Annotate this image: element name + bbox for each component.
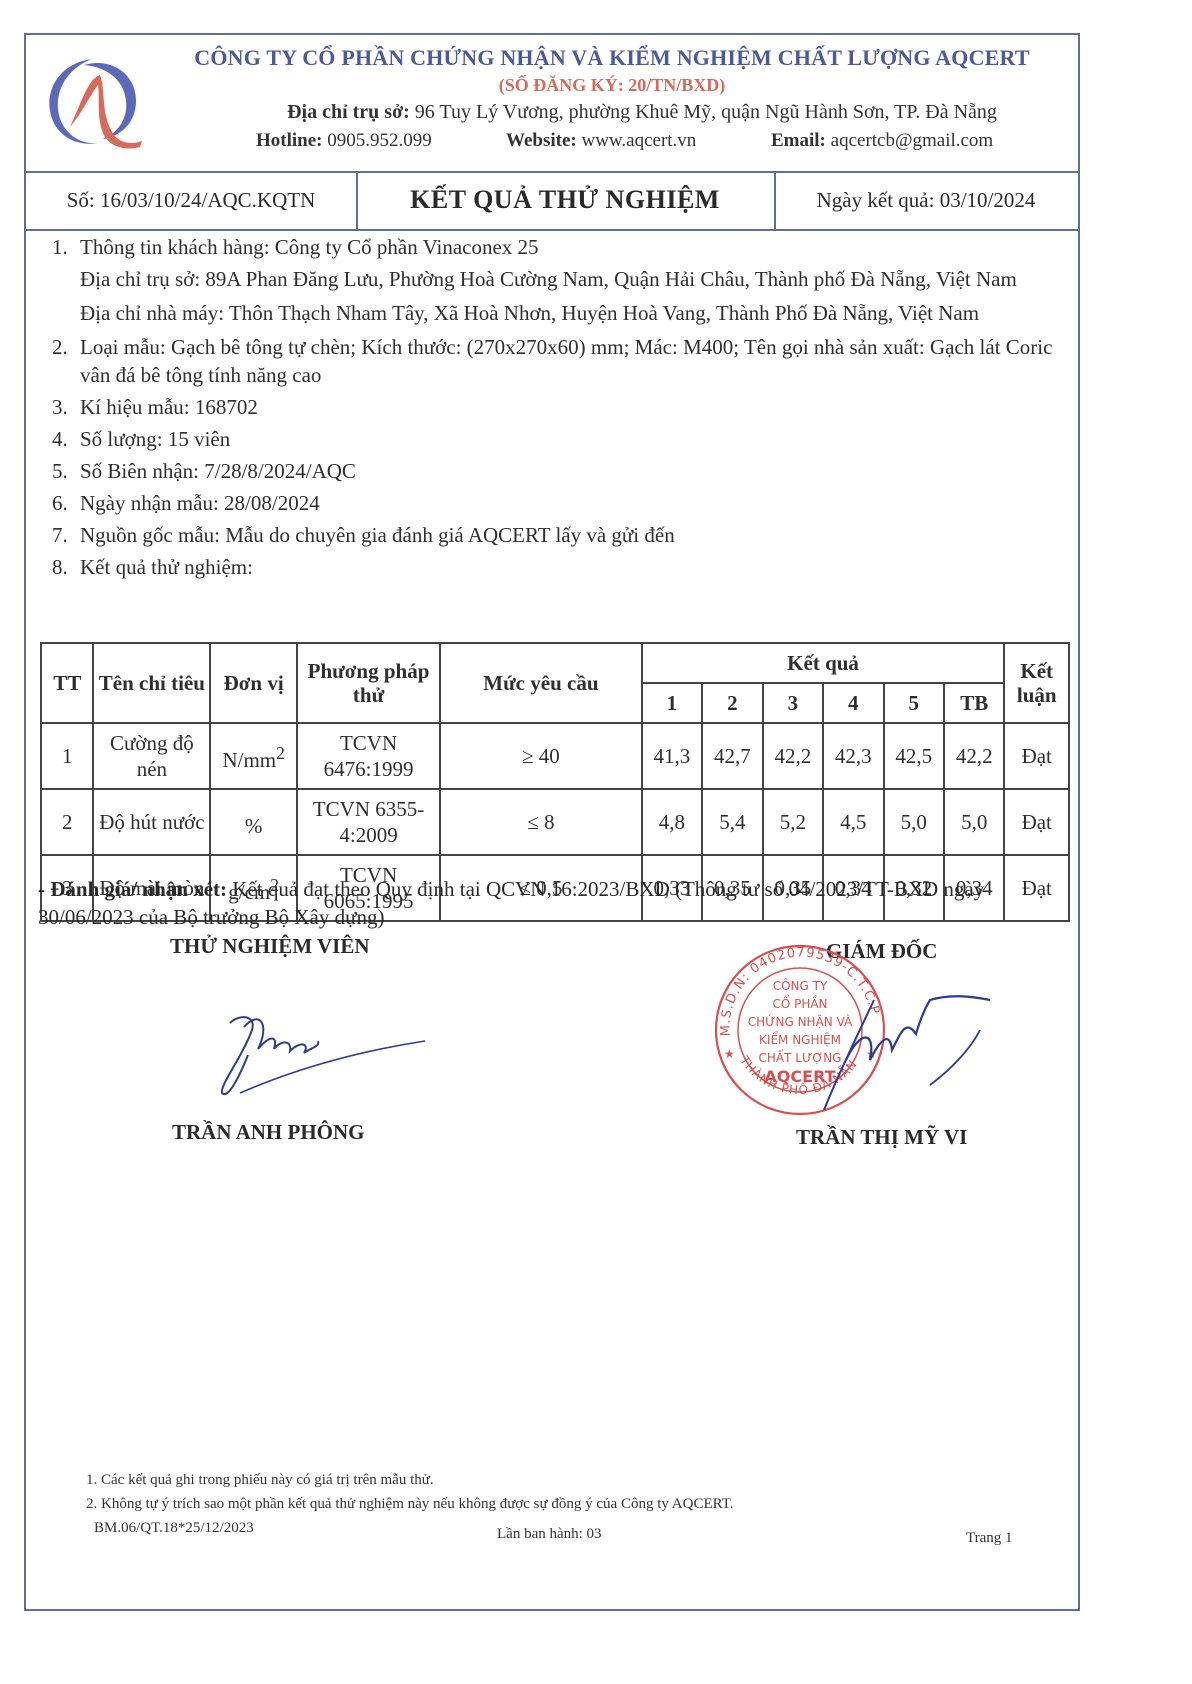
form-code: BM.06/QT.18*25/12/2023 <box>94 1520 254 1537</box>
website-label: Website: <box>506 130 577 151</box>
address-label: Địa chỉ trụ sở: <box>287 101 410 123</box>
cell-result-6: 5,0 <box>944 789 1004 855</box>
info-item-sample-code: 3. Kí hiệu mẫu: 168702 <box>52 393 1072 421</box>
info-item-customer: 1. Thông tin khách hàng: Công ty Cổ phần… <box>52 233 1072 261</box>
cell-unit: % <box>210 789 297 855</box>
col-result-4: 4 <box>823 683 883 723</box>
cell-conclusion: Đạt <box>1004 723 1069 789</box>
cell-method: TCVN 6476:1999 <box>297 723 440 789</box>
info-customer-factory: Địa chỉ nhà máy: Thôn Thạch Nham Tây, Xã… <box>52 299 1072 327</box>
cell-result-5: 5,0 <box>884 789 944 855</box>
col-result-6: TB <box>944 683 1004 723</box>
cell-result-3: 42,2 <box>763 723 823 789</box>
col-result-5: 5 <box>884 683 944 723</box>
footnotes: 1. Các kết quả ghi trong phiếu này có gi… <box>86 1468 734 1516</box>
col-unit: Đơn vị <box>210 643 297 723</box>
unit-base: % <box>245 814 263 838</box>
cell-tt: 1 <box>41 723 93 789</box>
hotline: Hotline: 0905.952.099 <box>256 130 432 152</box>
result-date: Ngày kết quả: 03/10/2024 <box>774 171 1078 229</box>
col-method: Phương pháp thử <box>297 643 440 723</box>
col-name: Tên chỉ tiêu <box>93 643 210 723</box>
director-signature-icon <box>820 990 1020 1110</box>
col-result-1: 1 <box>642 683 702 723</box>
col-results: Kết quả <box>642 643 1005 683</box>
col-conclusion: Kết luận <box>1004 643 1069 723</box>
cell-name: Cường độ nén <box>93 723 210 789</box>
report-number: Số: 16/03/10/24/AQC.KQTN <box>26 171 358 229</box>
info-customer-hq: Địa chỉ trụ sở: 89A Phan Đăng Lưu, Phườn… <box>52 265 1072 293</box>
edition: Lần ban hành: 03 <box>497 1526 602 1543</box>
note-1: 1. Các kết quả ghi trong phiếu này có gi… <box>86 1468 734 1492</box>
director-name: TRẦN THỊ MỸ VI <box>796 1125 967 1150</box>
evaluation-remark: - Đánh giá/ nhận xét: Kết quả đạt theo Q… <box>38 875 1068 931</box>
website: Website: www.aqcert.vn <box>506 130 696 152</box>
unit-exponent: 2 <box>276 743 285 763</box>
cell-method: TCVN 6355-4:2009 <box>297 789 440 855</box>
info-item-sample-type: 2. Loại mẫu: Gạch bê tông tự chèn; Kích … <box>52 333 1072 389</box>
cell-name: Độ hút nước <box>93 789 210 855</box>
tester-signature-icon <box>200 1005 430 1115</box>
cell-unit: N/mm2 <box>210 723 297 789</box>
website-value[interactable]: www.aqcert.vn <box>581 130 696 151</box>
unit-base: N/mm <box>222 748 276 772</box>
title-bar: Số: 16/03/10/24/AQC.KQTN KẾT QUẢ THỬ NGH… <box>26 171 1078 231</box>
email-value[interactable]: aqcertcb@gmail.com <box>831 130 994 151</box>
table-row: 1Cường độ nénN/mm2TCVN 6476:1999≥ 4041,3… <box>41 723 1069 789</box>
company-name: CÔNG TY CỔ PHẦN CHỨNG NHẬN VÀ KIỂM NGHIỆ… <box>156 45 1068 71</box>
cell-result-2: 5,4 <box>702 789 762 855</box>
hotline-value: 0905.952.099 <box>327 130 432 151</box>
cell-result-4: 4,5 <box>823 789 883 855</box>
email-label: Email: <box>771 130 826 151</box>
cell-result-1: 41,3 <box>642 723 702 789</box>
letterhead: CÔNG TY CỔ PHẦN CHỨNG NHẬN VÀ KIỂM NGHIỆ… <box>26 35 1078 173</box>
col-requirement: Mức yêu cầu <box>440 643 642 723</box>
cell-result-1: 4,8 <box>642 789 702 855</box>
cell-result-5: 42,5 <box>884 723 944 789</box>
tester-name: TRẦN ANH PHÔNG <box>172 1120 365 1145</box>
registration-number: (SỐ ĐĂNG KÝ: 20/TN/BXD) <box>156 75 1068 96</box>
info-item-origin: 7. Nguồn gốc mẫu: Mẫu do chuyên gia đánh… <box>52 521 1072 549</box>
address-value: 96 Tuy Lý Vương, phường Khuê Mỹ, quận Ng… <box>415 101 997 123</box>
cell-requirement: ≥ 40 <box>440 723 642 789</box>
table-row: 2Độ hút nước%TCVN 6355-4:2009≤ 84,85,45,… <box>41 789 1069 855</box>
cell-result-6: 42,2 <box>944 723 1004 789</box>
cell-tt: 2 <box>41 789 93 855</box>
cell-result-3: 5,2 <box>763 789 823 855</box>
page-number: Trang 1 <box>966 1530 1013 1547</box>
sample-info: 1. Thông tin khách hàng: Công ty Cổ phần… <box>52 233 1072 585</box>
cell-result-4: 42,3 <box>823 723 883 789</box>
email: Email: aqcertcb@gmail.com <box>771 130 993 152</box>
col-result-3: 3 <box>763 683 823 723</box>
cell-conclusion: Đạt <box>1004 789 1069 855</box>
col-result-2: 2 <box>702 683 762 723</box>
cell-result-2: 42,7 <box>702 723 762 789</box>
info-item-quantity: 4. Số lượng: 15 viên <box>52 425 1072 453</box>
col-tt: TT <box>41 643 93 723</box>
tester-title: THỬ NGHIỆM VIÊN <box>170 934 370 959</box>
info-item-receive-date: 6. Ngày nhận mẫu: 28/08/2024 <box>52 489 1072 517</box>
svg-text:★: ★ <box>724 1047 735 1061</box>
cell-requirement: ≤ 8 <box>440 789 642 855</box>
note-2: 2. Không tự ý trích sao một phần kết quả… <box>86 1492 734 1516</box>
aqcert-logo-icon <box>40 49 150 159</box>
remark-label: - Đánh giá/ nhận xét: <box>38 877 227 901</box>
info-item-results: 8. Kết quả thử nghiệm: <box>52 553 1072 581</box>
company-address: Địa chỉ trụ sở: 96 Tuy Lý Vương, phường … <box>216 101 1068 124</box>
info-item-receipt: 5. Số Biên nhận: 7/28/8/2024/AQC <box>52 457 1072 485</box>
hotline-label: Hotline: <box>256 130 323 151</box>
document-title: KẾT QUẢ THỬ NGHIỆM <box>356 171 776 229</box>
